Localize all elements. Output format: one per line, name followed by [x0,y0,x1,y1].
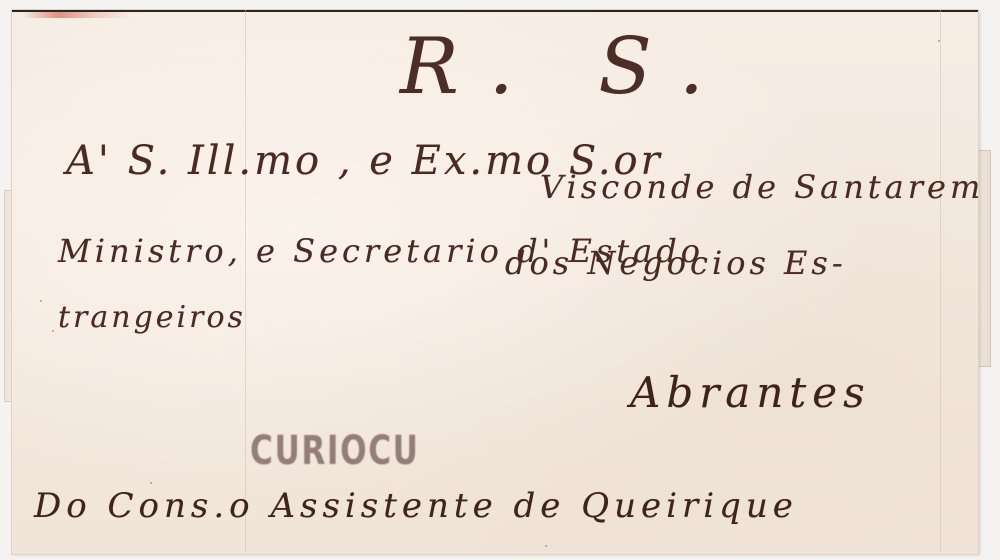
paper-speck [40,300,42,302]
scanned-letter: R. S. A' S. Ill.mo , e Ex.mo S.or Viscon… [0,0,1000,560]
paper-speck [938,40,940,42]
fold-line [940,10,941,552]
sender-line: Do Cons.o Assistente de Queirique [34,486,798,526]
red-wax-stain [22,12,132,18]
address-line-3: trangeiros [58,300,246,335]
paper-speck [545,545,547,547]
paper-speck [150,482,152,484]
destination-town: Abrantes [630,368,871,417]
address-title-continued: dos Negocios Es- [505,244,847,282]
paper-speck [52,330,54,332]
fold-line [245,10,246,552]
postal-handstamp: CURIOCU [250,428,420,474]
address-recipient-name: Visconde de Santarem [540,168,984,206]
header-mark: R. S. [400,22,734,112]
